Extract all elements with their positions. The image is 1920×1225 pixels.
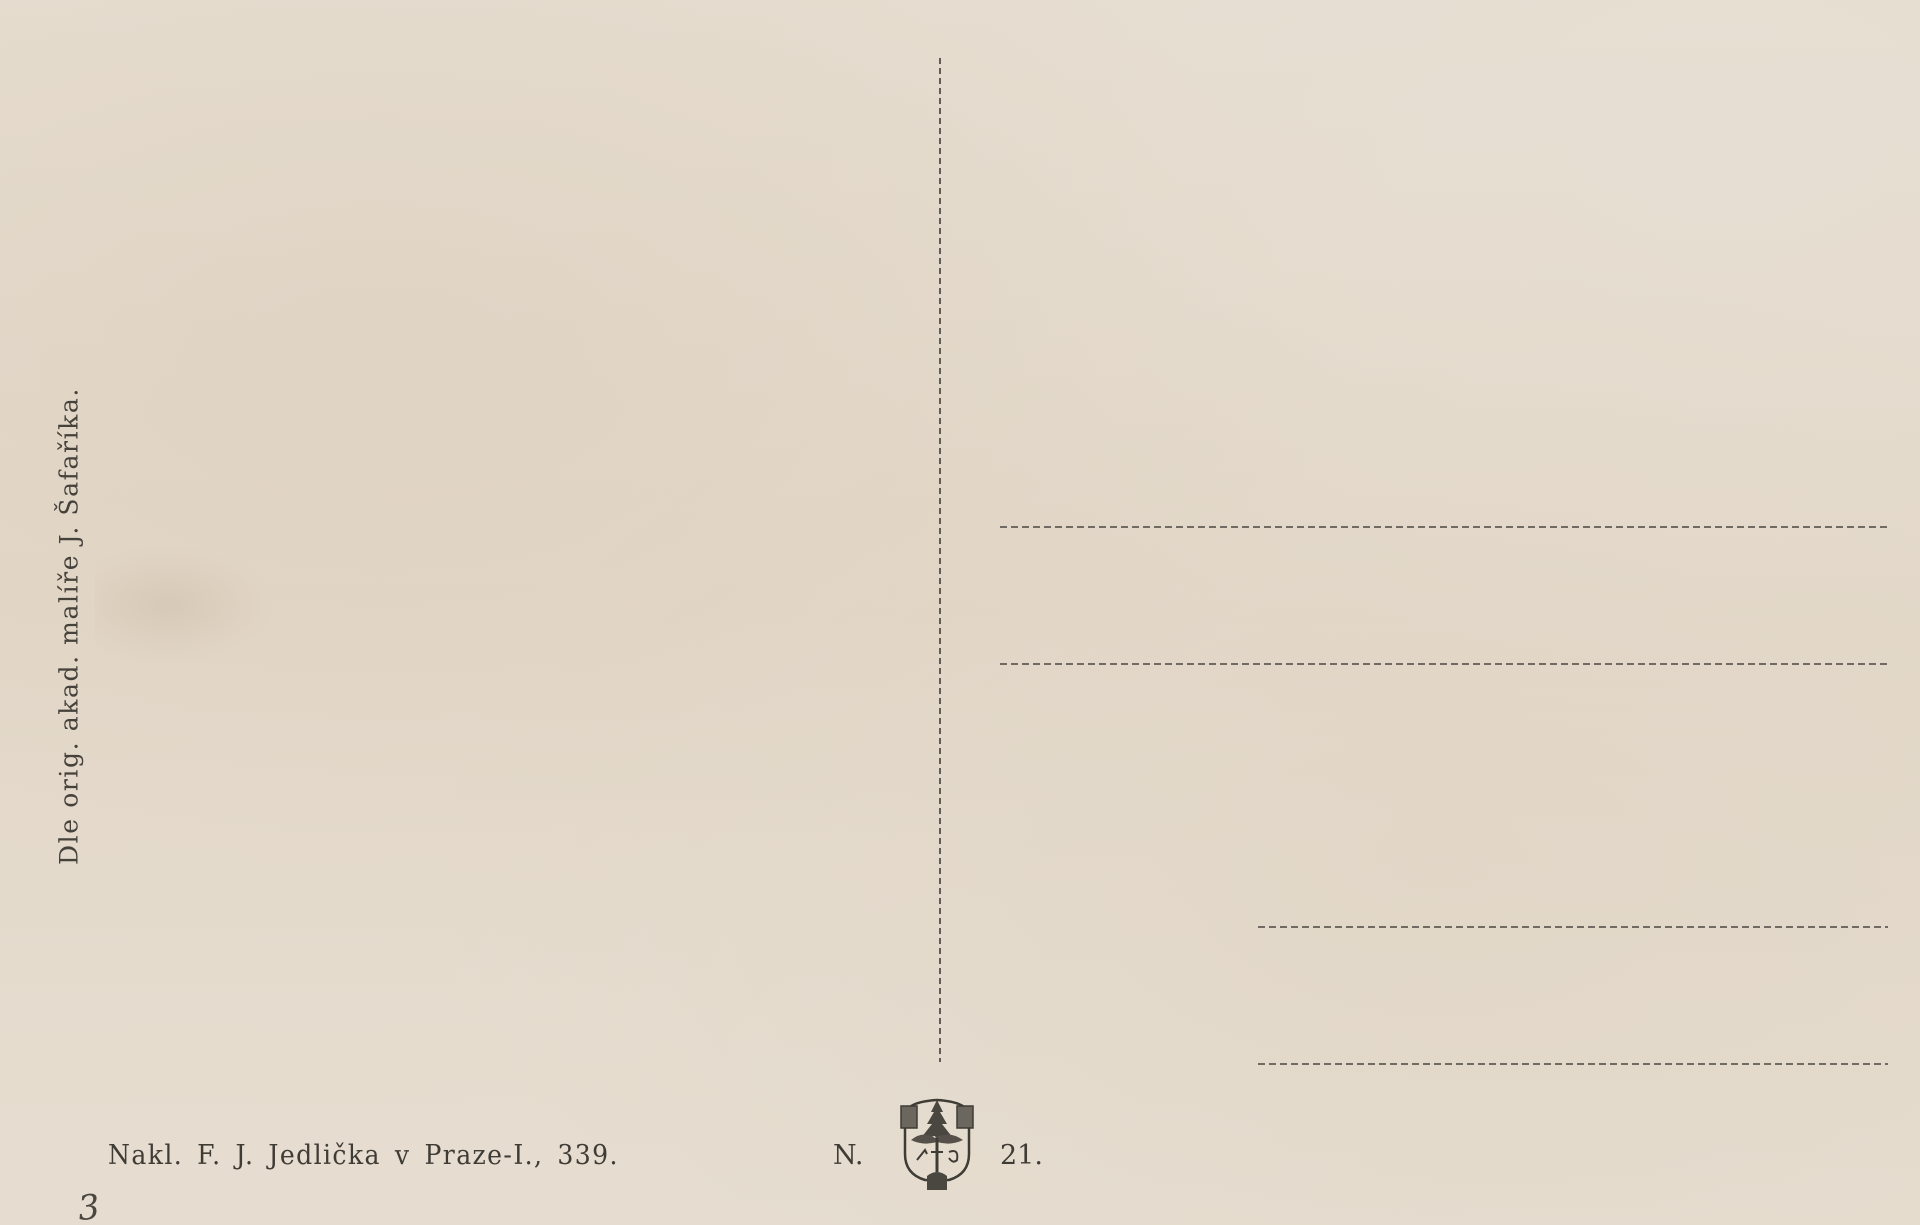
address-line-4 (1258, 1063, 1888, 1065)
paper-stain (95, 545, 275, 665)
address-line-2 (1000, 663, 1888, 665)
series-number-value: 21. (1000, 1140, 1043, 1171)
address-line-3 (1258, 926, 1888, 928)
postcard-paper-background (0, 0, 1920, 1225)
publisher-imprint: Nakl. F. J. Jedlička v Praze-I., 339. (108, 1140, 619, 1171)
center-divider-dashed-line (939, 58, 941, 1062)
publisher-emblem-tree-icon (897, 1094, 977, 1194)
handwritten-corner-mark: 3 (76, 1187, 102, 1225)
series-number-prefix: N. (833, 1140, 863, 1171)
artist-credit: Dle orig. akad. malíře J. Šafaříka. (55, 387, 84, 865)
address-line-1 (1000, 526, 1888, 528)
